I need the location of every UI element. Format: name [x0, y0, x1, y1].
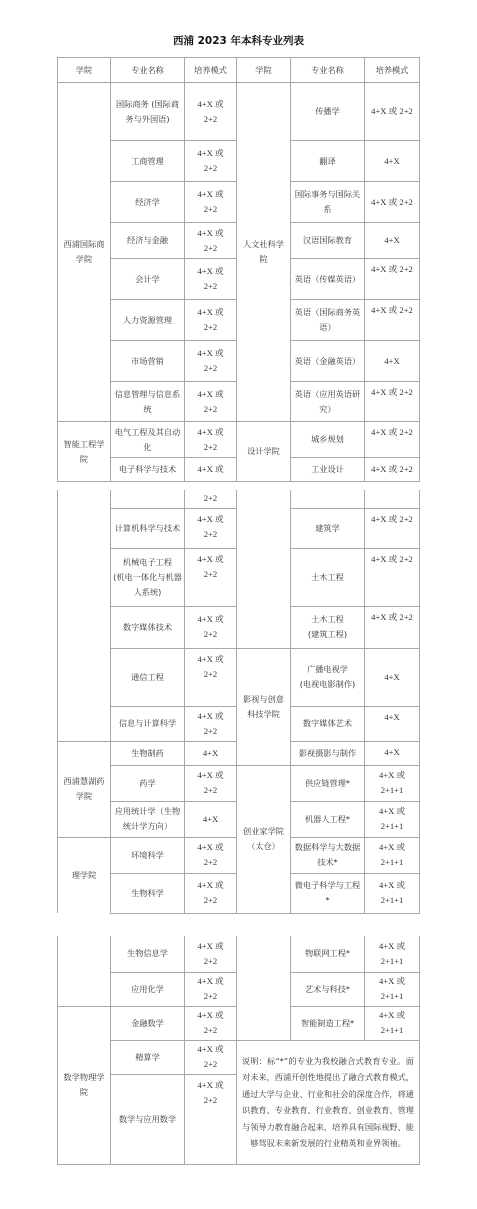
mode-cell: 4+X 或 2+2 [185, 1006, 237, 1040]
mode-cell: 4+X [185, 801, 237, 837]
mode-text: 4+X 或 2+1+1 [379, 941, 405, 966]
mode-text: 4+X 或 2+2 [197, 976, 223, 1001]
major-cell: 汉语国际教育 [291, 223, 365, 259]
mode-cell: 4+X 或 2+2 [185, 706, 237, 741]
college-cell: 设计学院 [237, 422, 291, 482]
mode-text: 4+X 或 2+2 [197, 1044, 223, 1069]
major-cell: 会计学 [111, 259, 185, 300]
mode-cell: 4+X 或 2+1+1 [365, 801, 420, 837]
major-cell: 建筑学 [291, 508, 365, 548]
table-row: 药学 4+X 或 2+2 创业家学院（太仓） 供应链管理* 4+X 或 2+1+… [58, 765, 420, 801]
mode-cell: 4+X [365, 648, 420, 706]
major-cell: 电气工程及其自动化 [111, 422, 185, 458]
major-cell: 传播学 [291, 83, 365, 141]
major-text: 广播电视学 (电视电影制作) [300, 664, 356, 689]
header-major: 专业名称 [111, 58, 185, 83]
mode-cell: 4+X 或 2+2 [185, 765, 237, 801]
mode-cell: 4+X 或 2+2 [185, 873, 237, 913]
table-row: 生物信息学 4+X 或 2+2 物联网工程* 4+X 或 2+1+1 [58, 936, 420, 972]
mode-text: 4+X 或 2+2 [197, 1010, 223, 1035]
mode-text: 4+X 或 2+2 [197, 880, 223, 905]
major-cell [291, 490, 365, 508]
header-college: 学院 [237, 58, 291, 83]
major-cell: 英语（应用英语研究） [291, 382, 365, 422]
college-cell [58, 490, 111, 741]
college-cell: 人文社科学院 [237, 83, 291, 422]
mode-text: 4+X 或 2+2 [197, 389, 223, 414]
major-cell: 土木工程 [291, 548, 365, 606]
mode-cell: 4+X 或 2+2 [365, 83, 420, 141]
mode-cell: 4+X 或 2+2 [365, 548, 420, 606]
mode-cell: 4+X 或 2+2 [185, 182, 237, 223]
major-cell: 机械电子工程 (机电一体化与机器人系统) [111, 548, 185, 606]
major-cell: 数字媒体技术 [111, 606, 185, 648]
mode-cell: 4+X [365, 706, 420, 741]
majors-table-part-2: 2+2 计算机科学与技术 4+X 或 2+2 建筑学 4+X 或 2+2 机械电… [57, 490, 420, 914]
major-cell: 英语（传媒英语） [291, 259, 365, 300]
mode-text: 4+X 或 2+1+1 [379, 842, 405, 867]
mode-text: 4+X 或 2+2 [197, 842, 223, 867]
major-cell: 国际商务 (国际商务与外国语) [111, 83, 185, 141]
major-cell: 英语（金融英语） [291, 341, 365, 382]
table-row: 通信工程 4+X 或 2+2 影视与创意科技学院 广播电视学 (电视电影制作) … [58, 648, 420, 706]
mode-cell: 4+X 或 2+2 [185, 548, 237, 606]
major-cell: 信息管理与信息系统 [111, 382, 185, 422]
mode-text: 4+X 或 2+2 [197, 307, 223, 332]
mode-cell: 4+X 或 2+2 [185, 606, 237, 648]
major-cell: 金融数学 [111, 1006, 185, 1040]
major-cell [111, 490, 185, 508]
mode-text: 4+X 或 2+2 [197, 348, 223, 373]
mode-cell: 4+X 或 2+2 [365, 300, 420, 341]
mode-cell: 4+X 或 2+2 [365, 182, 420, 223]
major-cell: 人力资源管理 [111, 300, 185, 341]
major-cell: 供应链管理* [291, 765, 365, 801]
major-cell: 国际事务与国际关系 [291, 182, 365, 223]
mode-cell: 4+X 或 2+2 [185, 422, 237, 458]
mode-cell: 4+X 或 2+2 [365, 508, 420, 548]
major-cell: 生物信息学 [111, 936, 185, 972]
major-cell: 生物制药 [111, 741, 185, 765]
mode-text: 4+X 或 2+2 [197, 654, 223, 679]
mode-cell: 4+X 或 2+2 [185, 223, 237, 259]
majors-table-part-1: 学院 专业名称 培养模式 学院 专业名称 培养模式 西浦国际商学院 国际商务 (… [57, 57, 420, 482]
mode-text: 4+X 或 2+2 [197, 554, 223, 579]
mode-text: 4+X 或 2+2 [197, 941, 223, 966]
mode-cell: 4+X 或 2+2 [185, 83, 237, 141]
mode-text: 4+X 或 2+2 [197, 99, 223, 124]
mode-cell: 2+2 [185, 490, 237, 508]
mode-text: 4+X 或 2+1+1 [379, 1010, 405, 1035]
major-cell: 市场营销 [111, 341, 185, 382]
header-mode: 培养模式 [365, 58, 420, 83]
major-cell: 微电子科学与工程* [291, 873, 365, 913]
major-cell: 数学与应用数学 [111, 1074, 185, 1164]
college-cell: 数学物理学院 [58, 1006, 111, 1164]
page-title: 西浦 2023 年本科专业列表 [0, 33, 477, 48]
college-cell: 理学院 [58, 837, 111, 913]
major-cell: 工业设计 [291, 458, 365, 482]
table-row: 2+2 [58, 490, 420, 508]
major-cell: 机器人工程* [291, 801, 365, 837]
major-cell: 环境科学 [111, 837, 185, 873]
major-text: 机械电子工程 (机电一体化与机器人系统) [113, 557, 182, 597]
major-cell: 城乡规划 [291, 422, 365, 458]
mode-cell: 4+X 或 2+1+1 [365, 837, 420, 873]
college-cell: 创业家学院（太仓） [237, 765, 291, 913]
mode-cell: 4+X 或 2+2 [185, 648, 237, 706]
table-row: 智能工程学院 电气工程及其自动化 4+X 或 2+2 设计学院 城乡规划 4+X… [58, 422, 420, 458]
mode-cell: 4+X 或 2+2 [365, 422, 420, 458]
major-cell: 数字媒体艺术 [291, 706, 365, 741]
mode-cell: 4+X 或 2+2 [185, 1074, 237, 1164]
mode-cell: 4+X 或 2+2 [365, 458, 420, 482]
major-cell: 应用化学 [111, 972, 185, 1006]
mode-cell: 4+X 或 2+2 [185, 972, 237, 1006]
major-cell: 物联网工程* [291, 936, 365, 972]
mode-text: 4+X 或 2+2 [197, 427, 223, 452]
majors-table-part-3: 生物信息学 4+X 或 2+2 物联网工程* 4+X 或 2+1+1 应用化学 … [57, 936, 420, 1165]
mode-text: 4+X 或 2+1+1 [379, 806, 405, 831]
major-cell: 计算机科学与技术 [111, 508, 185, 548]
mode-text: 4+X 或 2+2 [197, 711, 223, 736]
mode-cell: 4+X [365, 341, 420, 382]
mode-cell: 4+X 或 2+2 [185, 508, 237, 548]
mode-cell: 4+X 或 2+2 [365, 259, 420, 300]
college-cell [237, 936, 291, 1040]
mode-cell: 4+X 或 [185, 458, 237, 482]
mode-cell: 4+X 或 2+2 [185, 936, 237, 972]
mode-cell: 4+X 或 2+1+1 [365, 873, 420, 913]
major-cell: 艺术与科技* [291, 972, 365, 1006]
major-cell: 土木工程 (建筑工程) [291, 606, 365, 648]
major-text: 土木工程 (建筑工程) [308, 614, 347, 639]
major-cell: 广播电视学 (电视电影制作) [291, 648, 365, 706]
mode-text: 4+X 或 2+1+1 [379, 880, 405, 905]
major-cell: 通信工程 [111, 648, 185, 706]
mode-cell: 4+X 或 2+1+1 [365, 936, 420, 972]
mode-cell: 4+X 或 2+2 [185, 341, 237, 382]
mode-text: 4+X 或 2+1+1 [379, 976, 405, 1001]
mode-cell: 4+X [365, 141, 420, 182]
mode-cell: 4+X 或 2+2 [365, 382, 420, 422]
header-major: 专业名称 [291, 58, 365, 83]
mode-text: 4+X 或 2+2 [197, 1080, 223, 1105]
mode-cell: 4+X 或 2+2 [185, 259, 237, 300]
major-cell: 电子科学与技术 [111, 458, 185, 482]
major-cell: 药学 [111, 765, 185, 801]
table-row: 西浦国际商学院 国际商务 (国际商务与外国语) 4+X 或 2+2 人文社科学院… [58, 83, 420, 141]
mode-cell: 4+X 或 2+2 [185, 300, 237, 341]
mode-text: 4+X 或 2+1+1 [379, 770, 405, 795]
major-cell: 生物科学 [111, 873, 185, 913]
mode-cell: 4+X 或 2+2 [365, 606, 420, 648]
mode-cell: 4+X 或 2+2 [185, 837, 237, 873]
major-cell: 经济与金融 [111, 223, 185, 259]
major-cell: 翻译 [291, 141, 365, 182]
mode-text: 4+X 或 2+2 [197, 514, 223, 539]
mode-text: 4+X 或 2+2 [197, 189, 223, 214]
header-college: 学院 [58, 58, 111, 83]
mode-text: 4+X 或 2+2 [197, 228, 223, 253]
college-cell [58, 936, 111, 1006]
major-cell: 经济学 [111, 182, 185, 223]
college-cell: 影视与创意科技学院 [237, 648, 291, 765]
mode-cell: 4+X 或 2+2 [185, 382, 237, 422]
mode-text: 4+X 或 2+2 [197, 266, 223, 291]
mode-cell: 4+X 或 2+2 [185, 141, 237, 182]
major-cell: 英语（国际商务英语） [291, 300, 365, 341]
mode-text: 4+X 或 2+2 [197, 614, 223, 639]
mode-cell: 4+X [185, 741, 237, 765]
mode-text: 4+X 或 2+2 [197, 148, 223, 173]
college-cell: 智能工程学院 [58, 422, 111, 482]
note-text: 说明：标“*”的专业为我校融合式教育专业。面对未来，西浦开创性地提出了融合式教育… [237, 1040, 420, 1164]
mode-cell: 4+X [365, 223, 420, 259]
major-cell: 工商管理 [111, 141, 185, 182]
major-cell: 信息与计算科学 [111, 706, 185, 741]
major-cell: 智能制造工程* [291, 1006, 365, 1040]
mode-cell: 4+X 或 2+1+1 [365, 1006, 420, 1040]
header-mode: 培养模式 [185, 58, 237, 83]
table-row: 精算学 4+X 或 2+2 说明：标“*”的专业为我校融合式教育专业。面对未来，… [58, 1040, 420, 1074]
table-header-row: 学院 专业名称 培养模式 学院 专业名称 培养模式 [58, 58, 420, 83]
mode-cell [365, 490, 420, 508]
mode-cell: 4+X 或 2+1+1 [365, 972, 420, 1006]
major-cell: 影视摄影与制作 [291, 741, 365, 765]
college-cell: 西浦国际商学院 [58, 83, 111, 422]
major-cell: 应用统计学（生物统计学方向） [111, 801, 185, 837]
major-cell: 精算学 [111, 1040, 185, 1074]
mode-cell: 4+X 或 2+1+1 [365, 765, 420, 801]
mode-cell: 4+X 或 2+2 [185, 1040, 237, 1074]
mode-cell: 4+X [365, 741, 420, 765]
mode-text: 4+X 或 2+2 [197, 770, 223, 795]
college-cell [237, 490, 291, 648]
major-cell: 数据科学与大数据技术* [291, 837, 365, 873]
college-cell: 西浦慧湖药学院 [58, 741, 111, 837]
